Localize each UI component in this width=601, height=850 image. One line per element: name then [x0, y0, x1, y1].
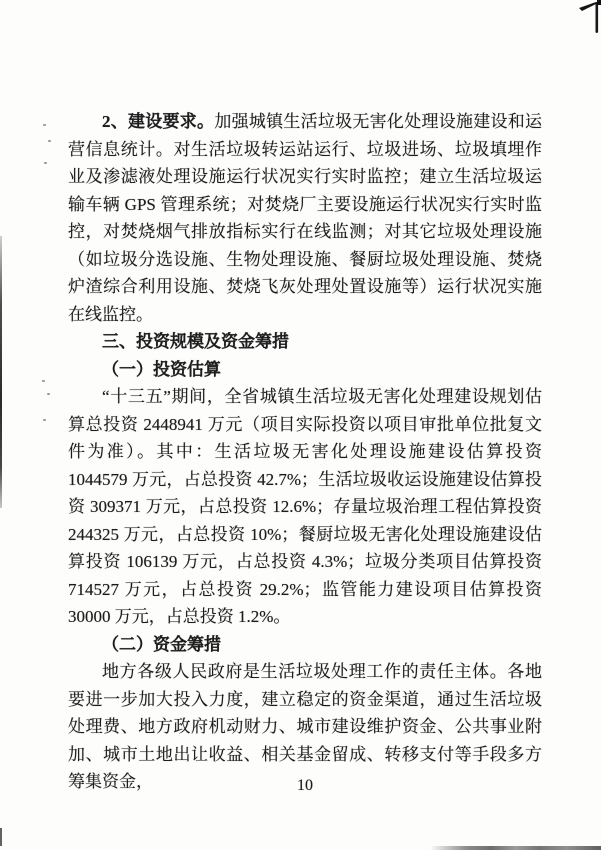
paragraph-lead-construction-requirements: 2、建设要求。 [102, 112, 214, 131]
scan-artifact-bottom-shadow [430, 846, 601, 850]
scan-artifact-left-edge-mark [0, 828, 2, 846]
paragraph-fund-raising: 地方各级人民政府是生活垃圾处理工作的责任主体。各地要进一步加大投入力度，建立稳定… [68, 658, 542, 796]
paragraph-text-construction-requirements: 加强城镇生活垃圾无害化处理设施建设和运营信息统计。对生活垃圾转运站运行、垃圾进场… [68, 112, 542, 324]
scan-speck [48, 140, 51, 142]
scan-artifact-left-edge-line [0, 236, 2, 508]
page-number: 10 [68, 777, 542, 795]
paragraph-investment-estimate: “十三五”期间，全省城镇生活垃圾无害化处理建设规划估算总投资 2448941 万… [68, 383, 542, 631]
scan-speck [44, 162, 47, 164]
scan-speck [42, 380, 45, 382]
scan-speck [47, 393, 50, 395]
scan-artifact-top-right-corner [578, 0, 601, 40]
scanned-document-page: 2、建设要求。加强城镇生活垃圾无害化处理设施建设和运营信息统计。对生活垃圾转运站… [0, 0, 601, 850]
document-body: 2、建设要求。加强城镇生活垃圾无害化处理设施建设和运营信息统计。对生活垃圾转运站… [68, 108, 542, 796]
scan-speck [43, 124, 46, 126]
heading-fund-raising: （二）资金筹措 [68, 631, 542, 659]
heading-investment-estimate: （一）投资估算 [68, 356, 542, 384]
heading-investment-scale-and-funding: 三、投资规模及资金筹措 [68, 328, 542, 356]
scan-speck [43, 419, 46, 421]
paragraph-construction-requirements: 2、建设要求。加强城镇生活垃圾无害化处理设施建设和运营信息统计。对生活垃圾转运站… [68, 108, 542, 328]
